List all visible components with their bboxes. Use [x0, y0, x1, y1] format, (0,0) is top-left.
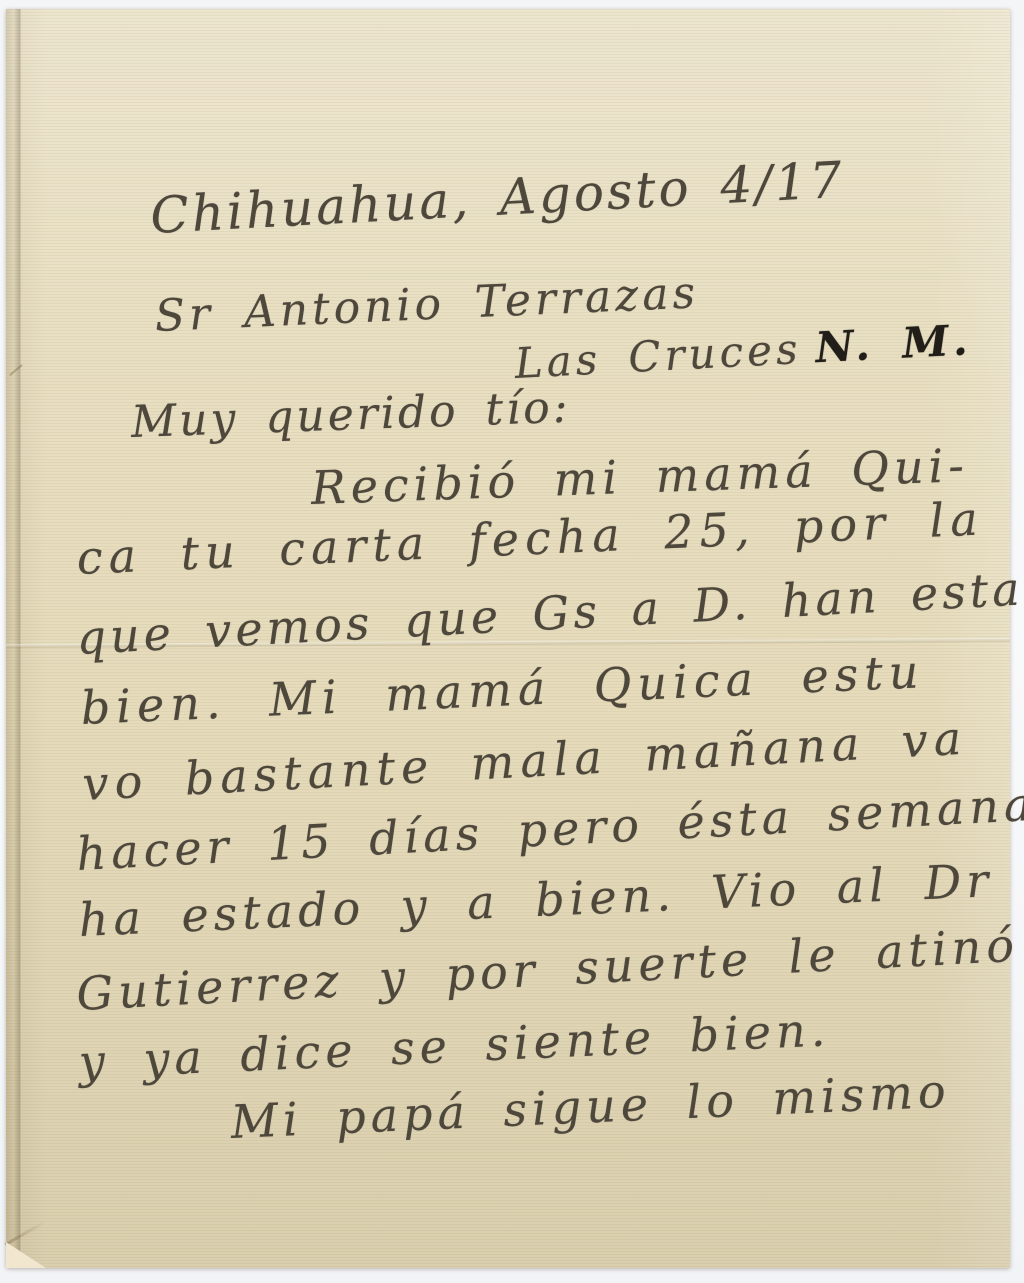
left-fold-edge — [6, 9, 20, 1268]
vertical-crease — [20, 9, 22, 1268]
recipient-name: Sr Antonio Terrazas — [154, 267, 700, 342]
bottom-left-corner-fold — [6, 1242, 46, 1268]
letter-paper: Chihuahua, Agosto 4/17 Sr Antonio Terraz… — [6, 9, 1010, 1268]
recipient-location: Las CrucesN. M. — [513, 315, 972, 388]
scan-background: Chihuahua, Agosto 4/17 Sr Antonio Terraz… — [0, 0, 1024, 1283]
salutation: Muy querido tío: — [130, 382, 571, 448]
location-state: N. M. — [814, 315, 972, 372]
location-city: Las Cruces — [513, 324, 802, 388]
dateline: Chihuahua, Agosto 4/17 — [149, 151, 846, 245]
